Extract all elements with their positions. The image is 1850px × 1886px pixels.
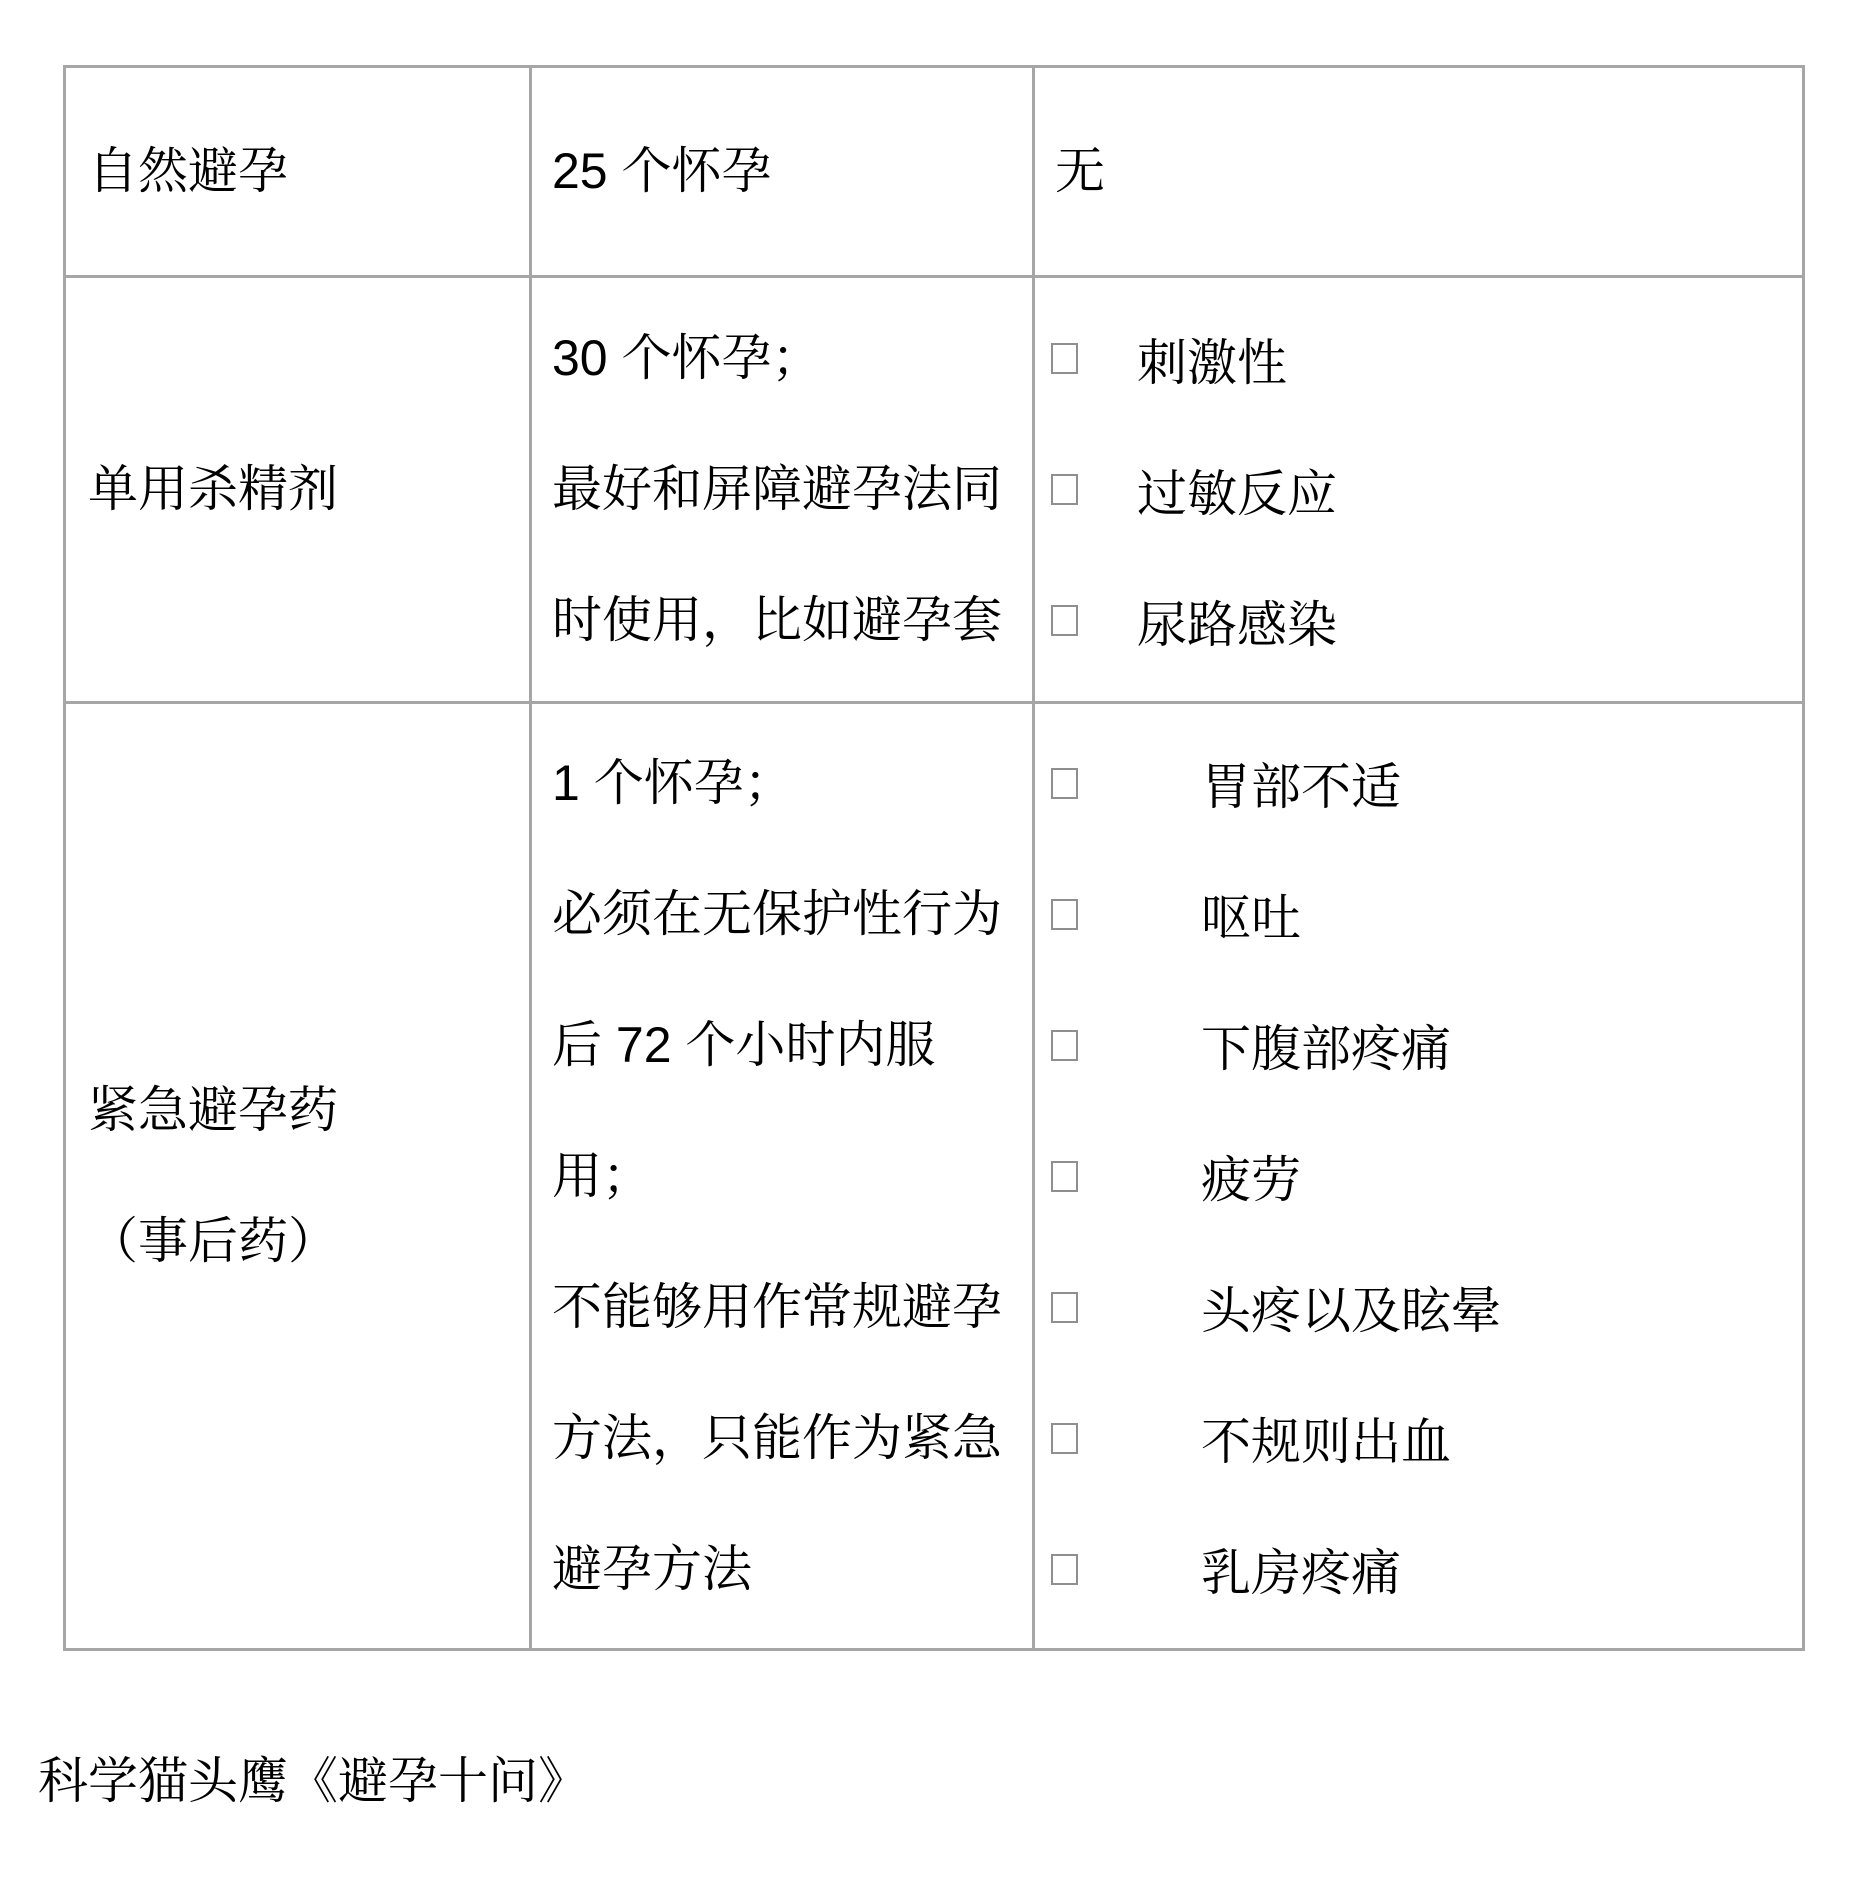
pregnancy-text: 25 个怀孕	[552, 106, 1032, 237]
table-row-emergency: 紧急避孕药 （事后药） 1 个怀孕； 必须在无保护性行为 后 72 个小时内服 …	[65, 703, 1804, 1650]
side-effect-label: 下腹部疼痛	[1201, 1009, 1451, 1081]
pregnancy-text-line: 用；	[552, 1111, 1032, 1242]
side-effect-label: 呕吐	[1201, 878, 1301, 950]
pregnancy-text-line: 1 个怀孕；	[552, 718, 1032, 849]
pregnancy-text-line: 不能够用作常规避孕	[552, 1242, 1032, 1373]
method-name-line: （事后药）	[88, 1176, 529, 1307]
list-item: 过敏反应	[1051, 424, 1802, 555]
side-effects-cell: 胃部不适 呕吐 下腹部疼痛 疲劳 头疼以及眩晕	[1034, 703, 1804, 1650]
missing-glyph-bullet-icon	[1051, 1292, 1078, 1323]
side-effect-label: 乳房疼痛	[1201, 1533, 1401, 1605]
missing-glyph-bullet-icon	[1051, 1030, 1078, 1061]
pregnancy-text-line: 避孕方法	[552, 1504, 1032, 1635]
side-effect-label: 过敏反应	[1137, 454, 1337, 526]
list-item: 乳房疼痛	[1051, 1504, 1802, 1635]
side-effect-label: 不规则出血	[1201, 1402, 1451, 1474]
list-item: 头疼以及眩晕	[1051, 1242, 1802, 1373]
side-effect-label: 头疼以及眩晕	[1201, 1271, 1501, 1343]
pregnancy-cell: 25 个怀孕	[531, 67, 1034, 277]
side-effect-label: 胃部不适	[1201, 747, 1401, 819]
side-effects-cell: 刺激性 过敏反应 尿路感染	[1034, 277, 1804, 703]
pregnancy-text-line: 最好和屏障避孕法同	[552, 424, 1032, 555]
table-row-spermicide: 单用杀精剂 30 个怀孕； 最好和屏障避孕法同 时使用，比如避孕套 刺激性 过敏…	[65, 277, 1804, 703]
list-item: 呕吐	[1051, 849, 1802, 980]
missing-glyph-bullet-icon	[1051, 1554, 1078, 1585]
pregnancy-text-line: 方法，只能作为紧急	[552, 1373, 1032, 1504]
table-row-natural: 自然避孕 25 个怀孕 无	[65, 67, 1804, 277]
side-effect-label: 刺激性	[1137, 323, 1287, 395]
missing-glyph-bullet-icon	[1051, 474, 1078, 505]
list-item: 尿路感染	[1051, 555, 1802, 686]
pregnancy-cell: 30 个怀孕； 最好和屏障避孕法同 时使用，比如避孕套	[531, 277, 1034, 703]
pregnancy-text-line: 后 72 个小时内服	[552, 980, 1032, 1111]
method-cell: 紧急避孕药 （事后药）	[65, 703, 531, 1650]
document-page: 自然避孕 25 个怀孕 无 单用杀精剂 30 个怀孕； 最好和屏障避孕法同 时使…	[0, 0, 1850, 1886]
list-item: 下腹部疼痛	[1051, 980, 1802, 1111]
method-cell: 自然避孕	[65, 67, 531, 277]
side-effect-text: 无	[1055, 106, 1802, 237]
footer-source: 科学猫头鹰《避孕十问》	[38, 1752, 588, 1810]
missing-glyph-bullet-icon	[1051, 1423, 1078, 1454]
side-effects-cell: 无	[1034, 67, 1804, 277]
contraception-table: 自然避孕 25 个怀孕 无 单用杀精剂 30 个怀孕； 最好和屏障避孕法同 时使…	[63, 65, 1805, 1651]
method-name-line: 紧急避孕药	[88, 1045, 529, 1176]
method-name: 单用杀精剂	[88, 424, 529, 555]
pregnancy-text-line: 30 个怀孕；	[552, 293, 1032, 424]
method-cell: 单用杀精剂	[65, 277, 531, 703]
missing-glyph-bullet-icon	[1051, 1161, 1078, 1192]
list-item: 刺激性	[1051, 293, 1802, 424]
pregnancy-cell: 1 个怀孕； 必须在无保护性行为 后 72 个小时内服 用； 不能够用作常规避孕…	[531, 703, 1034, 1650]
missing-glyph-bullet-icon	[1051, 343, 1078, 374]
side-effect-label: 疲劳	[1201, 1140, 1301, 1212]
list-item: 胃部不适	[1051, 718, 1802, 849]
list-item: 不规则出血	[1051, 1373, 1802, 1504]
missing-glyph-bullet-icon	[1051, 899, 1078, 930]
list-item: 疲劳	[1051, 1111, 1802, 1242]
missing-glyph-bullet-icon	[1051, 605, 1078, 636]
pregnancy-text-line: 时使用，比如避孕套	[552, 555, 1032, 686]
side-effect-label: 尿路感染	[1137, 585, 1337, 657]
method-name: 自然避孕	[88, 106, 529, 237]
pregnancy-text-line: 必须在无保护性行为	[552, 849, 1032, 980]
missing-glyph-bullet-icon	[1051, 768, 1078, 799]
